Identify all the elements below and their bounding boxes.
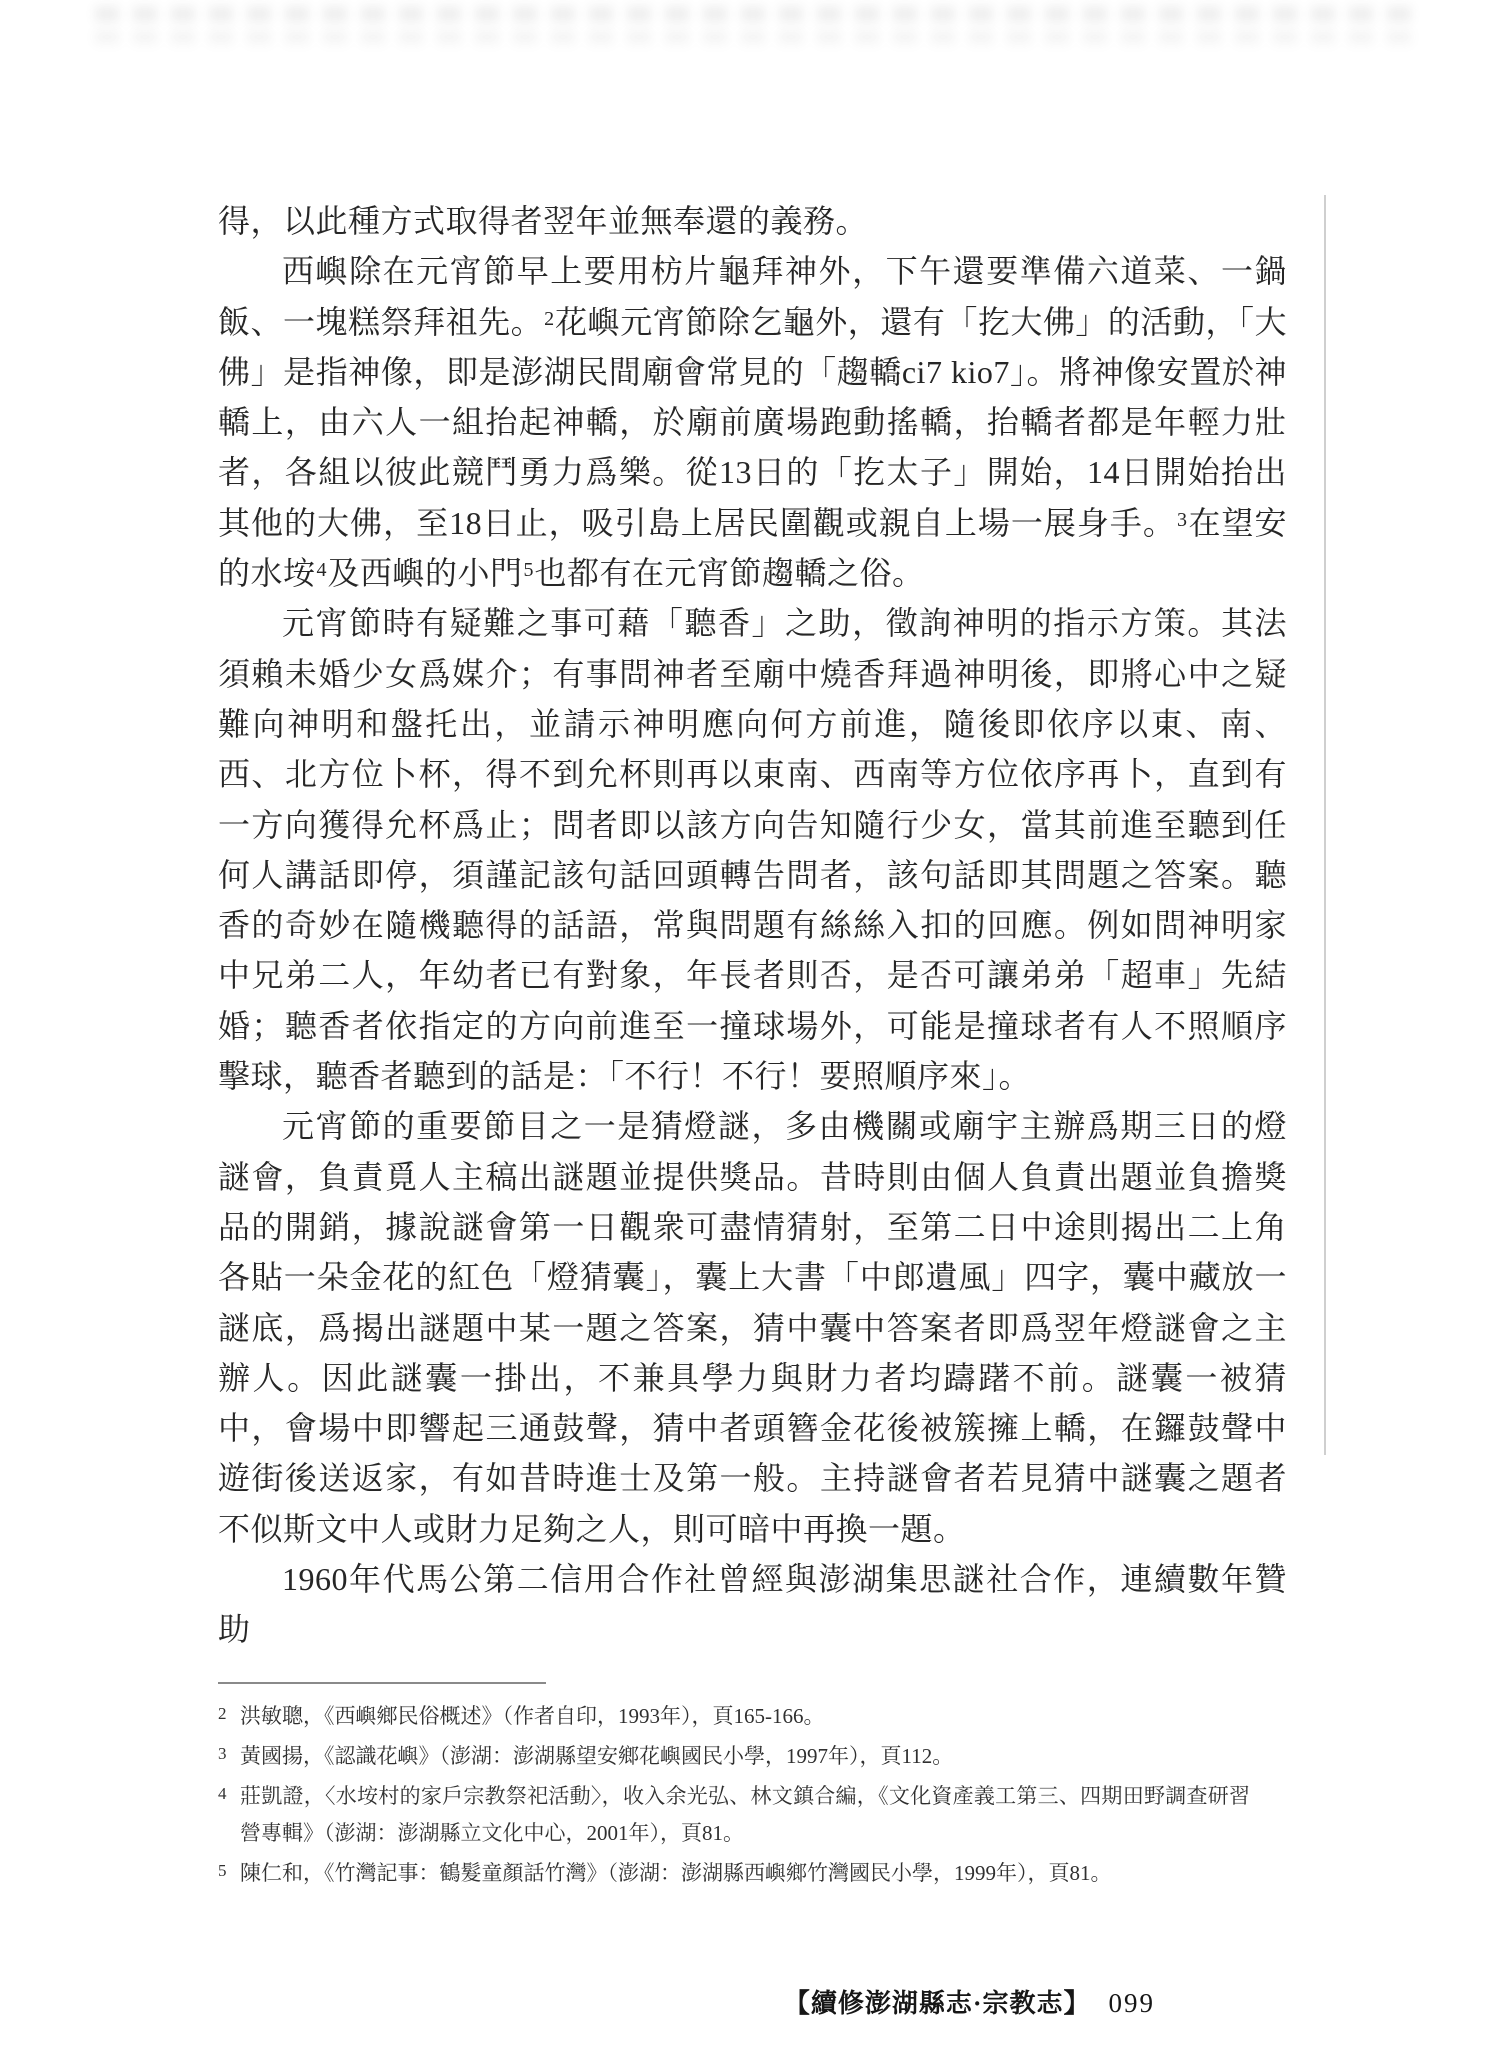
scan-edge-line — [1324, 195, 1326, 1455]
paragraph: 元宵節時有疑難之事可藉「聽香」之助，徵詢神明的指示方策。其法須賴未婚少女爲媒介；… — [218, 598, 1287, 1101]
footnote-number: 3 — [218, 1735, 227, 1772]
paragraph: 1960年代馬公第二信用合作社曾經與澎湖集思謎社合作，連續數年贊助 — [218, 1554, 1287, 1655]
book-title: 【續修澎湖縣志·宗教志】 — [784, 1983, 1091, 2020]
paragraph: 得，以此種方式取得者翌年並無奉還的義務。 — [218, 196, 1287, 246]
document-page: 得，以此種方式取得者翌年並無奉還的義務。西嶼除在元宵節早上要用枋片龜拜神外，下午… — [0, 0, 1500, 2053]
footnote-item: 2洪敏聰，《西嶼鄉民俗概述》（作者自印，1993年），頁165-166。 — [240, 1698, 1250, 1735]
footnote-item: 3黃國揚，《認識花嶼》（澎湖：澎湖縣望安鄉花嶼國民小學，1997年），頁112。 — [240, 1738, 1250, 1775]
footnote-item: 4莊凱證，〈水垵村的家戶宗教祭祀活動〉，收入余光弘、林文鎮合編，《文化資產義工第… — [240, 1778, 1250, 1852]
footnote-item: 5陳仁和，《竹灣記事：鶴髮童顏話竹灣》（澎湖：澎湖縣西嶼鄉竹灣國民小學，1999… — [240, 1855, 1250, 1892]
scan-bleed-artifact — [95, 6, 1415, 22]
footnotes: 2洪敏聰，《西嶼鄉民俗概述》（作者自印，1993年），頁165-166。3黃國揚… — [240, 1698, 1250, 1895]
footnote-number: 4 — [218, 1775, 227, 1812]
page-number: 099 — [1109, 1988, 1156, 2019]
body-text: 得，以此種方式取得者翌年並無奉還的義務。西嶼除在元宵節早上要用枋片龜拜神外，下午… — [218, 196, 1287, 1655]
scan-bleed-artifact — [95, 30, 1415, 44]
footnote-ref: 5 — [523, 559, 535, 581]
footnote-text: 陳仁和，《竹灣記事：鶴髮童顏話竹灣》（澎湖：澎湖縣西嶼鄉竹灣國民小學，1999年… — [240, 1861, 1112, 1885]
footnote-ref: 4 — [316, 559, 328, 581]
footnote-text: 洪敏聰，《西嶼鄉民俗概述》（作者自印，1993年），頁165-166。 — [240, 1704, 825, 1728]
footnote-text: 黃國揚，《認識花嶼》（澎湖：澎湖縣望安鄉花嶼國民小學，1997年），頁112。 — [240, 1744, 953, 1768]
footnote-number: 5 — [218, 1852, 227, 1889]
footnote-ref: 2 — [543, 308, 555, 330]
footnote-ref: 3 — [1176, 509, 1188, 531]
paragraph: 西嶼除在元宵節早上要用枋片龜拜神外，下午還要準備六道菜、一鍋飯、一塊糕祭拜祖先。… — [218, 246, 1287, 598]
footnote-text: 莊凱證，〈水垵村的家戶宗教祭祀活動〉，收入余光弘、林文鎮合編，《文化資產義工第三… — [240, 1784, 1250, 1845]
page-footer: 【續修澎湖縣志·宗教志】 099 — [780, 1983, 1155, 2020]
footnote-separator — [218, 1682, 546, 1684]
paragraph: 元宵節的重要節目之一是猜燈謎，多由機關或廟宇主辦爲期三日的燈謎會，負責覓人主稿出… — [218, 1101, 1287, 1554]
footnote-number: 2 — [218, 1695, 227, 1732]
